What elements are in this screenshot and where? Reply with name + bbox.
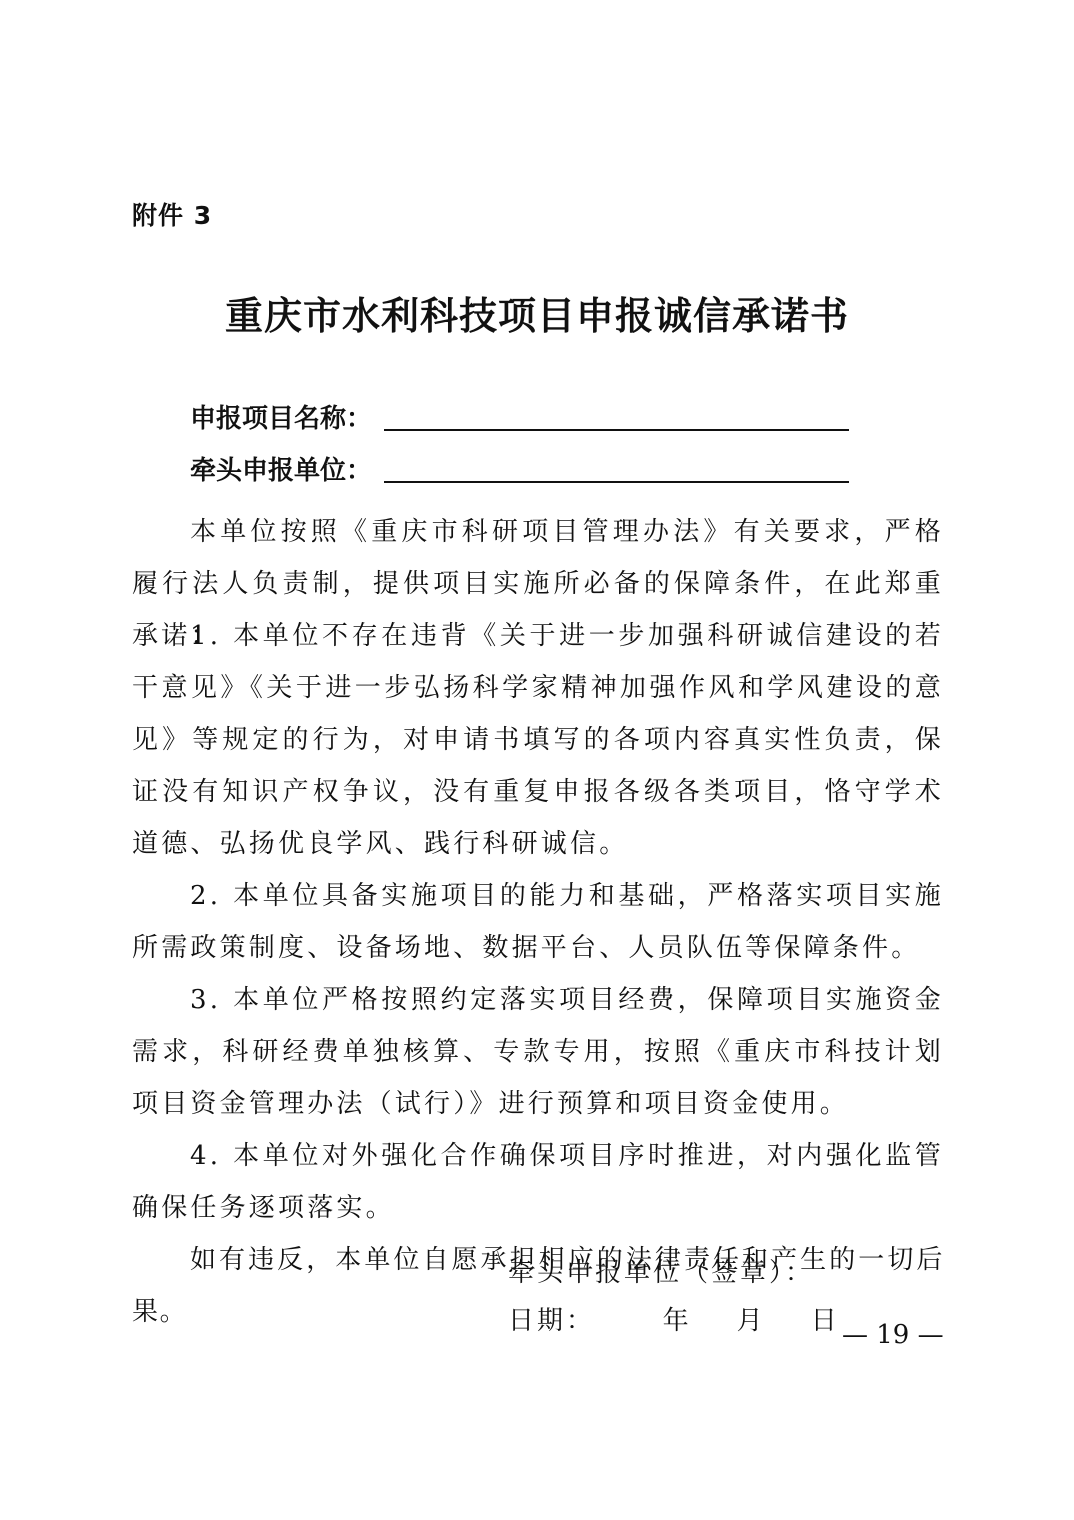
project-name-blank[interactable] bbox=[384, 405, 849, 431]
page-number: — 19 — bbox=[842, 1320, 944, 1350]
signature-unit-label: 牵头申报单位（签章）： bbox=[508, 1252, 814, 1289]
document-title: 重庆市水利科技项目申报诚信承诺书 bbox=[0, 285, 1074, 340]
commitment-item-3: 3. 本单位严格按照约定落实项目经费，保障项目实施资金需求，科研经费单独核算、专… bbox=[132, 974, 944, 1130]
project-name-label: 申报项目名称： bbox=[190, 398, 372, 435]
signature-date-label: 日期： 年 月 日 bbox=[508, 1300, 840, 1337]
commitment-item-1: 1. 本单位不存在违背《关于进一步加强科研诚信建设的若干意见》《关于进一步弘扬科… bbox=[132, 610, 944, 870]
commitment-item-2: 2. 本单位具备实施项目的能力和基础，严格落实项目实施所需政策制度、设备场地、数… bbox=[132, 870, 944, 974]
attachment-label: 附件 3 bbox=[132, 196, 212, 232]
lead-unit-field: 牵头申报单位： bbox=[190, 450, 849, 487]
commitment-item-4: 4. 本单位对外强化合作确保项目序时推进，对内强化监管确保任务逐项落实。 bbox=[132, 1130, 944, 1234]
lead-unit-blank[interactable] bbox=[384, 457, 849, 483]
lead-unit-label: 牵头申报单位： bbox=[190, 450, 372, 487]
project-name-field: 申报项目名称： bbox=[190, 398, 849, 435]
